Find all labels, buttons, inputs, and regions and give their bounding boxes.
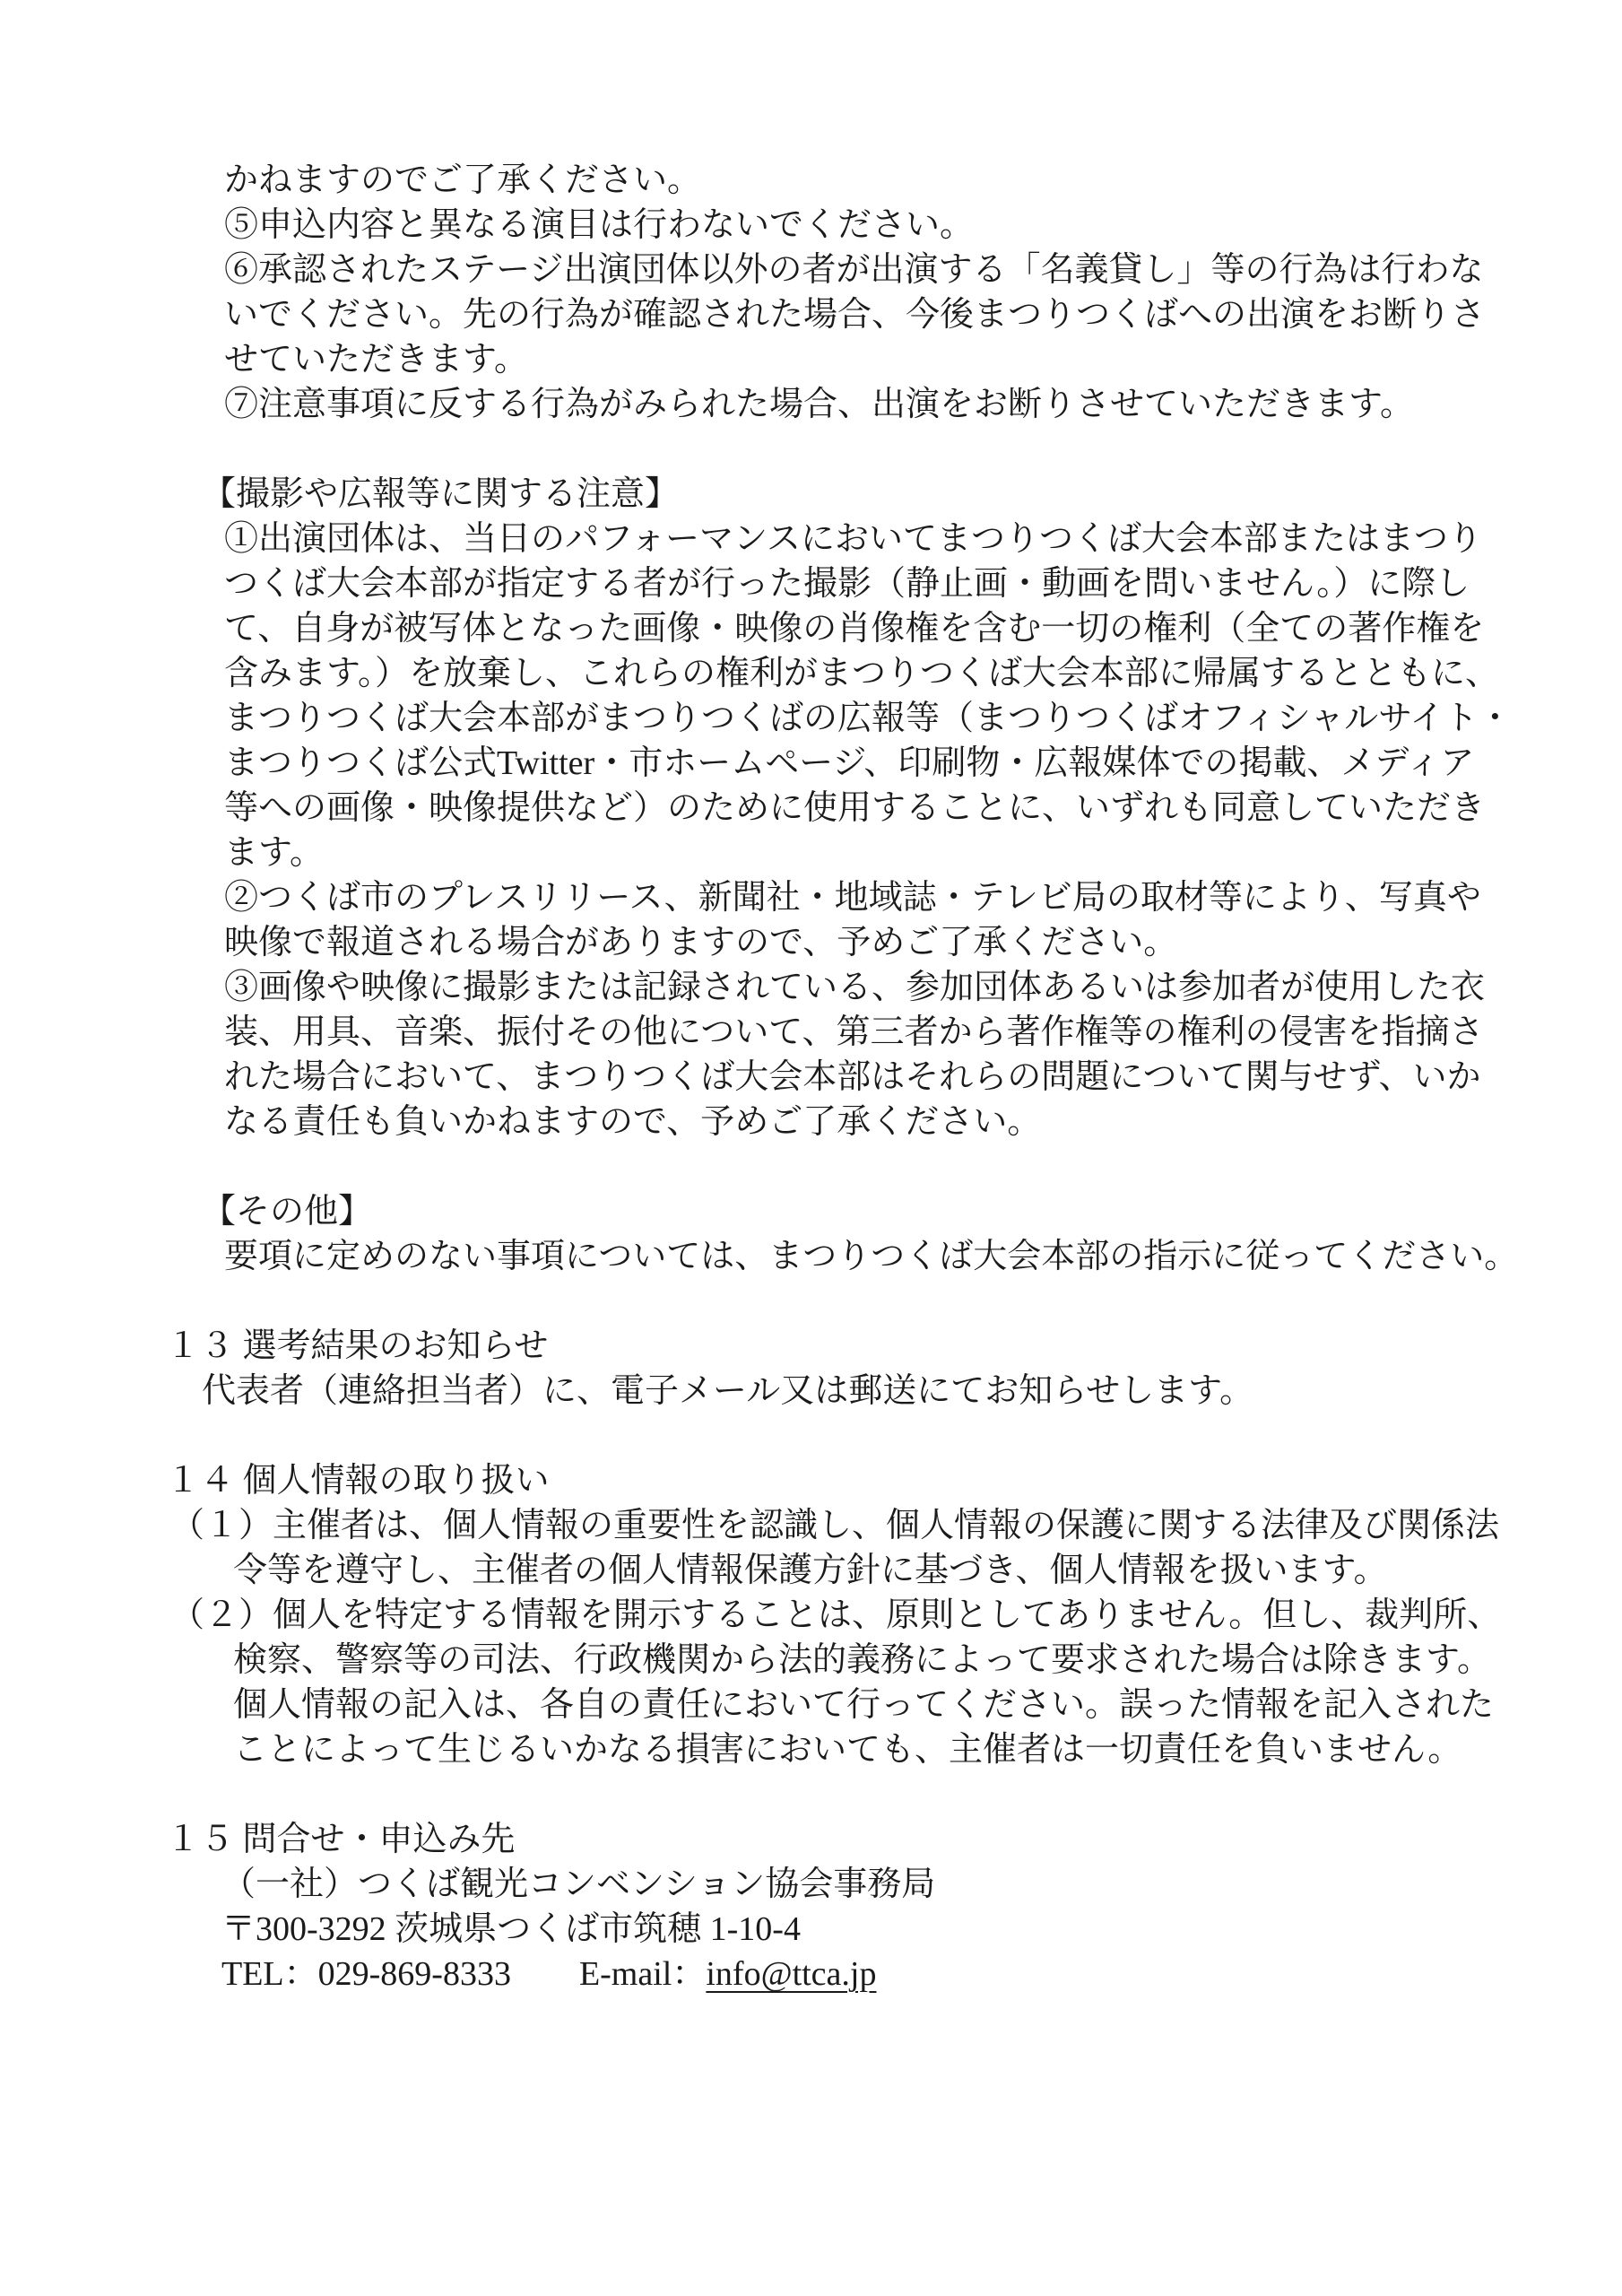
text-line: なる責任も負いかねますので、予めご了承ください。 bbox=[0, 1100, 1622, 1144]
document-page: かねますのでご了承ください。⑤申込内容と異なる演目は行わないでください。⑥承認さ… bbox=[0, 0, 1622, 1996]
text-line: て、自身が被写体となった画像・映像の肖像権を含む一切の権利（全ての著作権を bbox=[0, 606, 1622, 651]
section-14-heading: １４ 個人情報の取り扱い bbox=[0, 1458, 1622, 1503]
contact-address-line: 〒300-3292 茨城県つくば市筑穂 1-10-4 bbox=[0, 1907, 1622, 1952]
list-item-2: ②つくば市のプレスリリース、新聞社・地域誌・テレビ局の取材等により、写真や bbox=[0, 875, 1622, 920]
list-item-3: ③画像や映像に撮影または記録されている、参加団体あるいは参加者が使用した衣 bbox=[0, 965, 1622, 1010]
section-15-heading: １５ 問合せ・申込み先 bbox=[0, 1817, 1622, 1862]
blank-line bbox=[0, 1144, 1622, 1189]
document-text-block: かねますのでご了承ください。⑤申込内容と異なる演目は行わないでください。⑥承認さ… bbox=[0, 158, 1622, 1996]
text-line: 令等を遵守し、主催者の個人情報保護方針に基づき、個人情報を扱います。 bbox=[0, 1548, 1622, 1593]
section-13-heading: １３ 選考結果のお知らせ bbox=[0, 1324, 1622, 1369]
text-line: かねますのでご了承ください。 bbox=[0, 158, 1622, 203]
text-line: 要項に定めのない事項については、まつりつくば大会本部の指示に従ってください。 bbox=[0, 1234, 1622, 1279]
text-line: 映像で報道される場合がありますので、予めご了承ください。 bbox=[0, 920, 1622, 965]
blank-line bbox=[0, 1413, 1622, 1458]
list-item-7: ⑦注意事項に反する行為がみられた場合、出演をお断りさせていただきます。 bbox=[0, 382, 1622, 427]
text-line: れた場合において、まつりつくば大会本部はそれらの問題について関与せず、いか bbox=[0, 1055, 1622, 1100]
heading-other: 【その他】 bbox=[0, 1189, 1622, 1234]
text-line: 含みます。）を放棄し、これらの権利がまつりつくば大会本部に帰属するとともに、 bbox=[0, 651, 1622, 696]
text-line: 個人情報の記入は、各自の責任において行ってください。誤った情報を記入された bbox=[0, 1683, 1622, 1727]
blank-line bbox=[0, 427, 1622, 472]
list-item-5: ⑤申込内容と異なる演目は行わないでください。 bbox=[0, 203, 1622, 248]
list-item-6: ⑥承認されたステージ出演団体以外の者が出演する「名義貸し」等の行為は行わな bbox=[0, 248, 1622, 292]
contact-tel-email-line: TEL：029-869-8333 E-mail：info@ttca.jp bbox=[0, 1952, 1622, 1996]
heading-photography: 【撮影や広報等に関する注意】 bbox=[0, 472, 1622, 517]
text-line: いでください。先の行為が確認された場合、今後まつりつくばへの出演をお断りさ bbox=[0, 292, 1622, 337]
text-line: せていただきます。 bbox=[0, 337, 1622, 382]
list-item-1: ①出演団体は、当日のパフォーマンスにおいてまつりつくば大会本部またはまつり bbox=[0, 517, 1622, 561]
text-line: 装、用具、音楽、振付その他について、第三者から著作権等の権利の侵害を指摘さ bbox=[0, 1010, 1622, 1055]
text-line: （２）個人を特定する情報を開示することは、原則としてありません。但し、裁判所、 bbox=[0, 1593, 1622, 1638]
blank-line bbox=[0, 1772, 1622, 1817]
email-link[interactable]: info@ttca.jp bbox=[706, 1955, 876, 1993]
contact-org-line: （一社）つくば観光コンベンション協会事務局 bbox=[0, 1862, 1622, 1907]
tel-email-label: TEL：029-869-8333 E-mail： bbox=[221, 1955, 706, 1993]
text-line: ことによって生じるいかなる損害においても、主催者は一切責任を負いません。 bbox=[0, 1727, 1622, 1772]
text-line: 検察、警察等の司法、行政機関から法的義務によって要求された場合は除きます。 bbox=[0, 1638, 1622, 1683]
text-line: まつりつくば公式Twitter・市ホームページ、印刷物・広報媒体での掲載、メディ… bbox=[0, 741, 1622, 786]
text-line: つくば大会本部が指定する者が行った撮影（静止画・動画を問いません。）に際し bbox=[0, 561, 1622, 606]
blank-line bbox=[0, 1279, 1622, 1324]
text-line: まつりつくば大会本部がまつりつくばの広報等（まつりつくばオフィシャルサイト・ bbox=[0, 696, 1622, 741]
text-line: （１）主催者は、個人情報の重要性を認識し、個人情報の保護に関する法律及び関係法 bbox=[0, 1503, 1622, 1548]
text-line: 代表者（連絡担当者）に、電子メール又は郵送にてお知らせします。 bbox=[0, 1369, 1622, 1413]
text-line: 等への画像・映像提供など）のために使用することに、いずれも同意していただき bbox=[0, 786, 1622, 831]
text-line: ます。 bbox=[0, 831, 1622, 875]
